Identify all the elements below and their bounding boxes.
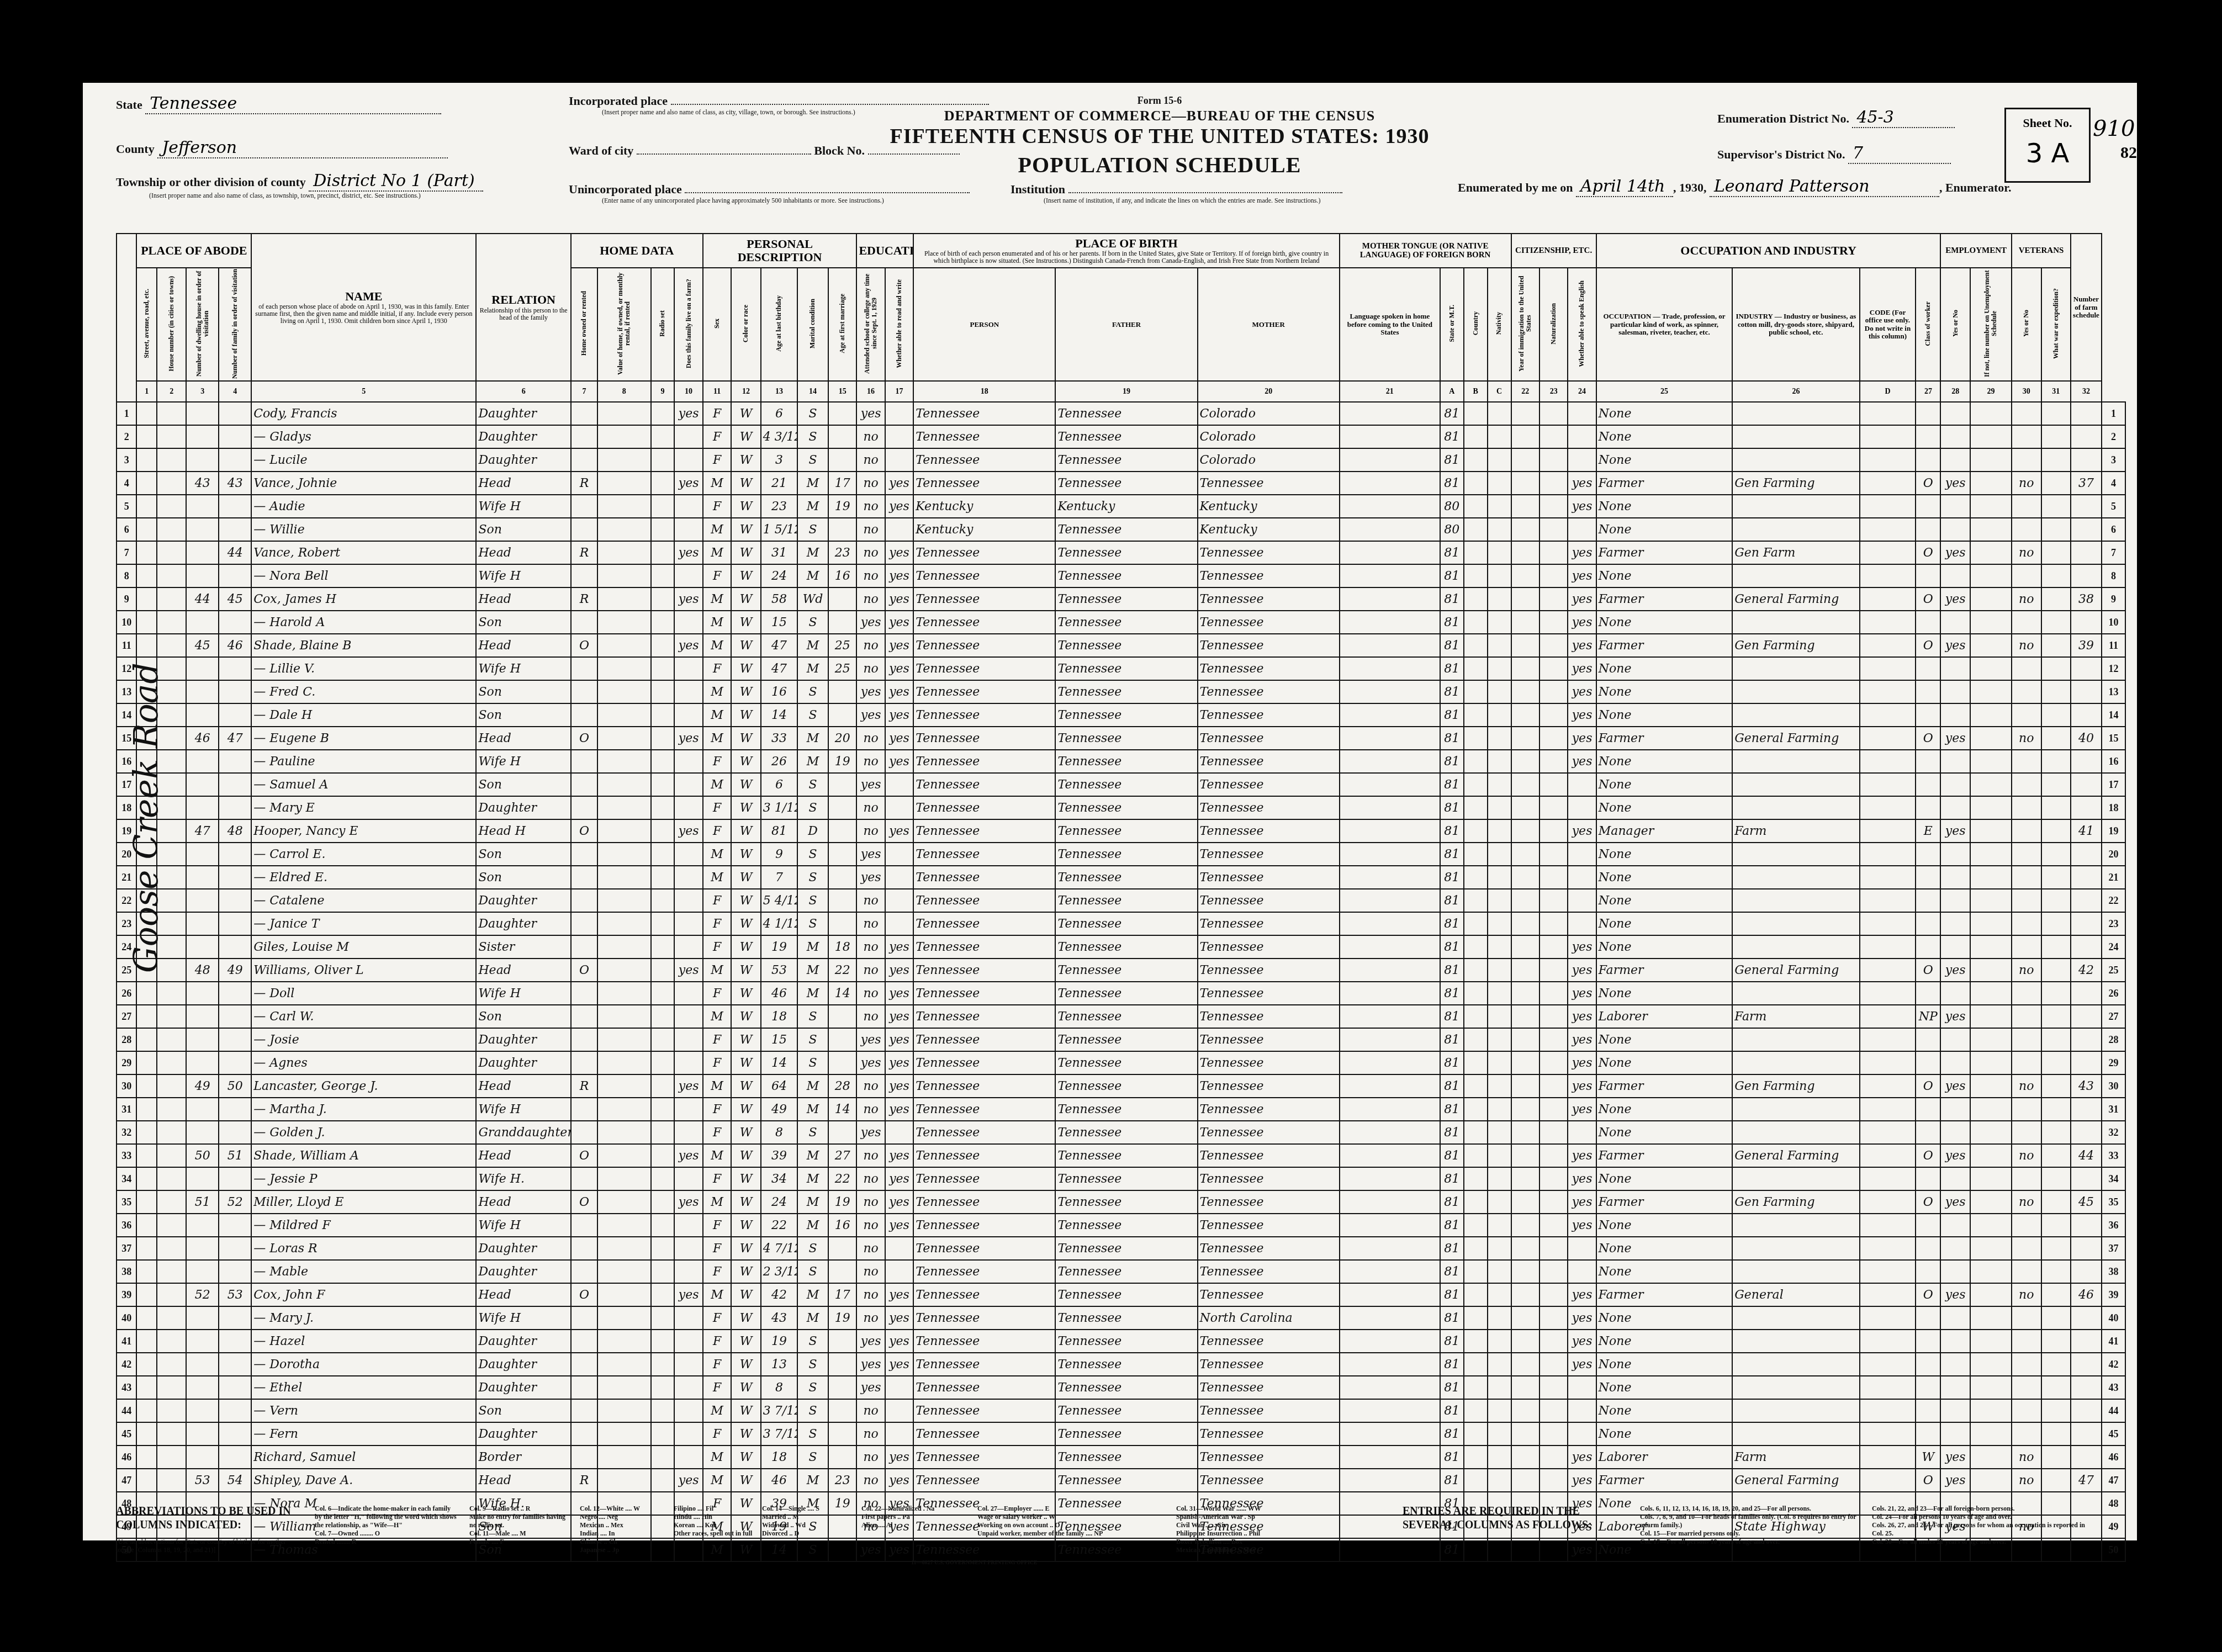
cell-empty [1860,773,1916,796]
cell-empty [1539,1422,1568,1445]
cell-read [885,1422,913,1445]
column-number: 4 [219,381,251,402]
cell-school: yes [856,703,885,727]
cell-empty [1340,1237,1440,1260]
cell-occ: None [1596,1051,1732,1074]
cell-line: 49 [2102,1515,2125,1538]
cell-empty [157,657,187,680]
cell-home: O [571,819,597,843]
cell-empty [597,587,650,611]
cell-mbp: Tennessee [1198,1121,1340,1144]
cell-empty [1970,495,2012,518]
cell-fam: 43 [219,472,251,495]
cell-sex: F [703,1422,731,1445]
cell-fs: 43 [2071,1074,2102,1098]
cell-dw: 48 [186,959,219,982]
cell-dw [186,448,219,472]
cell-line: 13 [2102,680,2125,703]
cell-dw [186,935,219,959]
cell-empty [597,727,650,750]
cell-empty [1970,982,2012,1005]
cell-empty [1511,1376,1539,1399]
cell-name: Cox, James H [251,587,476,611]
cell-empty [157,425,187,448]
cell-fm: 19 [828,750,856,773]
cell-farm [674,935,702,959]
column-number: B [1464,381,1488,402]
cell-farm [674,1005,702,1028]
cell-empty [1860,518,1916,541]
cell-sex: F [703,889,731,912]
cell-empty [1970,866,2012,889]
cell-empty [1340,1330,1440,1353]
cell-school: yes [856,1028,885,1051]
cell-race: W [731,518,761,541]
subheader-col: Attended school or college any time sinc… [856,268,885,381]
cell-mar: M [797,1306,828,1330]
subheader-col: Value of home, if owned, or monthly rent… [597,268,650,381]
cell-home [571,564,597,587]
cell-empty [2041,727,2071,750]
cell-fm [828,703,856,727]
cell-race: W [731,1214,761,1237]
cell-work: yes [1940,1074,1970,1098]
cell-empty [1464,472,1488,495]
cell-empty [157,1353,187,1376]
cell-age: 3 7/12 [761,1399,797,1422]
cell-work [1940,1422,1970,1445]
cell-occ: None [1596,982,1732,1005]
cell-occ: None [1596,680,1732,703]
cell-fs [2071,657,2102,680]
cell-read [885,843,913,866]
column-number: 1 [136,381,156,402]
cell-code: 81 [1440,611,1464,634]
cell-eng [1568,448,1596,472]
cell-empty [651,843,675,866]
cell-empty [1464,1376,1488,1399]
cell-fs [2071,1260,2102,1283]
cell-empty [651,657,675,680]
cell-work [1940,1051,1970,1074]
cell-name: Cody, Francis [251,402,476,425]
line-number: 37 [117,1237,136,1260]
cell-eng: yes [1568,727,1596,750]
cell-ind [1732,982,1859,1005]
cell-empty [1488,866,1511,889]
cell-school: no [856,935,885,959]
subheader-col: Home owned or rented [571,268,597,381]
cell-school: yes [856,680,885,703]
cell-farm [674,1399,702,1422]
cell-empty [157,587,187,611]
cell-bp: Tennessee [913,982,1055,1005]
cell-empty [1860,611,1916,634]
cell-code: 81 [1440,1098,1464,1121]
cell-work: yes [1940,634,1970,657]
table-row: 46Richard, SamuelBorderMW18SnoyesTenness… [117,1445,2125,1469]
cell-empty [651,982,675,1005]
cell-fam [219,1422,251,1445]
cell-ind [1732,402,1859,425]
cell-empty [1464,425,1488,448]
cell-age: 22 [761,1214,797,1237]
cell-age: 9 [761,843,797,866]
cell-work [1940,982,1970,1005]
cell-school: no [856,1214,885,1237]
cell-race: W [731,1237,761,1260]
cell-fam [219,425,251,448]
cell-cls [1916,680,1940,703]
cell-home [571,703,597,727]
cell-eng: yes [1568,1445,1596,1469]
cell-ind [1732,564,1859,587]
cell-dw [186,1353,219,1376]
cell-work [1940,703,1970,727]
cell-farm [674,611,702,634]
cell-race: W [731,912,761,935]
cell-empty [157,1121,187,1144]
cell-ind [1732,1330,1859,1353]
cell-line: 45 [2102,1422,2125,1445]
column-number: D [1860,381,1916,402]
cell-eng: yes [1568,611,1596,634]
cell-race: W [731,1260,761,1283]
cell-empty [136,472,156,495]
cell-empty [1488,1144,1511,1167]
cell-read: yes [885,541,913,564]
subheader-col: Does this family live on a farm? [674,268,702,381]
cell-sex: M [703,773,731,796]
cell-empty [1511,889,1539,912]
cell-code: 80 [1440,495,1464,518]
cell-empty [1539,1028,1568,1051]
cell-work [1940,495,1970,518]
cell-empty [1539,750,1568,773]
cell-fm [828,1376,856,1399]
cell-empty [136,866,156,889]
cell-age: 24 [761,1190,797,1214]
cell-mbp: Tennessee [1198,587,1340,611]
cell-age: 26 [761,750,797,773]
cell-eng [1568,1237,1596,1260]
cell-rel: Head [476,541,570,564]
subheader-col: Street, avenue, road, etc. [136,268,156,381]
cell-mbp: Tennessee [1198,1214,1340,1237]
column-number: 5 [251,381,476,402]
handwritten-stamp: 910 [2093,116,2135,141]
cell-work: yes [1940,1190,1970,1214]
cell-mbp: Tennessee [1198,843,1340,866]
cell-empty [651,889,675,912]
cell-home [571,1028,597,1051]
cell-dw [186,889,219,912]
cell-bp: Tennessee [913,402,1055,425]
cell-empty [1970,750,2012,773]
cell-fm: 19 [828,1190,856,1214]
cell-eng: yes [1568,472,1596,495]
cell-fbp: Tennessee [1055,634,1197,657]
cell-vet [2012,680,2041,703]
cell-school: no [856,1260,885,1283]
cell-school: no [856,1005,885,1028]
cell-empty [157,912,187,935]
cell-work: yes [1940,1283,1970,1306]
cell-name: — Carl W. [251,1005,476,1028]
cell-empty [136,541,156,564]
cell-farm: yes [674,587,702,611]
cell-fs [2071,680,2102,703]
cell-empty [2041,1469,2071,1492]
cell-school: no [856,750,885,773]
cell-fam [219,518,251,541]
cell-empty [1488,1028,1511,1051]
cell-empty [1970,1330,2012,1353]
line-number: 31 [117,1098,136,1121]
cell-bp: Tennessee [913,703,1055,727]
cell-fam [219,1167,251,1190]
cell-dw [186,680,219,703]
cell-fam [219,773,251,796]
cell-empty [2041,1098,2071,1121]
cell-fbp: Tennessee [1055,1167,1197,1190]
cell-eng [1568,843,1596,866]
line-number: 30 [117,1074,136,1098]
cell-fm: 28 [828,1074,856,1098]
cell-occ: None [1596,564,1732,587]
line-number: 18 [117,796,136,819]
cell-empty [1340,1051,1440,1074]
cell-ind [1732,518,1859,541]
cell-empty [1539,518,1568,541]
cell-empty [136,750,156,773]
cell-sex: M [703,1190,731,1214]
cell-empty [1340,541,1440,564]
cell-read: yes [885,982,913,1005]
cell-sex: F [703,1237,731,1260]
table-row: 744Vance, RobertHeadRyesMW31M23noyesTenn… [117,541,2125,564]
cell-age: 53 [761,959,797,982]
cell-fbp: Tennessee [1055,1074,1197,1098]
cell-name: — Mary E [251,796,476,819]
cell-read: yes [885,634,913,657]
cell-age: 47 [761,634,797,657]
cell-empty [1511,472,1539,495]
cell-ind: Farm [1732,819,1859,843]
cell-empty [2041,912,2071,935]
cell-race: W [731,472,761,495]
cell-vet [2012,912,2041,935]
cell-vet [2012,796,2041,819]
cell-home [571,425,597,448]
cell-read [885,448,913,472]
cell-sex: F [703,1353,731,1376]
cell-rel: Son [476,1399,570,1422]
cell-empty [1511,1028,1539,1051]
cell-empty [1970,727,2012,750]
cell-fs [2071,703,2102,727]
cell-ind: Gen Farm [1732,541,1859,564]
cell-name: — Ethel [251,1376,476,1399]
cell-bp: Tennessee [913,1353,1055,1376]
cell-empty [1970,773,2012,796]
cell-bp: Tennessee [913,1445,1055,1469]
cell-occ: Farmer [1596,1190,1732,1214]
cell-sex: M [703,472,731,495]
column-number: 31 [2041,381,2071,402]
cell-ind [1732,1028,1859,1051]
cell-cls: O [1916,1144,1940,1167]
column-number: 26 [1732,381,1859,402]
cell-empty [1464,1214,1488,1237]
cell-work [1940,1306,1970,1330]
cell-empty [136,495,156,518]
cell-empty [1539,541,1568,564]
cell-sex: F [703,796,731,819]
cell-empty [1511,402,1539,425]
cell-fm [828,1353,856,1376]
cell-mar: S [797,1028,828,1051]
cell-fam [219,935,251,959]
cell-dw [186,703,219,727]
cell-empty [1488,773,1511,796]
cell-dw [186,564,219,587]
cell-mbp: Tennessee [1198,1260,1340,1283]
cell-farm [674,889,702,912]
cell-bp: Tennessee [913,1121,1055,1144]
cell-age: 81 [761,819,797,843]
cell-fs [2071,889,2102,912]
cell-empty [597,1399,650,1422]
cell-empty [2041,1144,2071,1167]
cell-sex: F [703,425,731,448]
cell-empty [1464,1074,1488,1098]
cell-empty [2041,889,2071,912]
cell-occ: Farmer [1596,634,1732,657]
cell-fs [2071,796,2102,819]
cell-empty [1340,959,1440,982]
cell-race: W [731,611,761,634]
cell-code: 81 [1440,1306,1464,1330]
cell-bp: Tennessee [913,657,1055,680]
cell-mar: M [797,982,828,1005]
cell-fam [219,1098,251,1121]
cell-race: W [731,1074,761,1098]
cell-empty [1488,1469,1511,1492]
cell-fam [219,611,251,634]
cell-age: 3 [761,448,797,472]
cell-empty [1340,680,1440,703]
cell-eng: yes [1568,634,1596,657]
cell-eng: yes [1568,1469,1596,1492]
cell-empty [2041,1445,2071,1469]
cell-empty [1464,982,1488,1005]
table-row: 355152Miller, Lloyd EHeadOyesMW24M19noye… [117,1190,2125,1214]
cell-bp: Tennessee [913,727,1055,750]
cell-fs [2071,866,2102,889]
cell-name: Shipley, Dave A. [251,1469,476,1492]
cell-cls [1916,1121,1940,1144]
cell-cls [1916,1422,1940,1445]
cell-school: no [856,1190,885,1214]
cell-code: 81 [1440,773,1464,796]
cell-cls: O [1916,634,1940,657]
cell-code: 81 [1440,1190,1464,1214]
cell-empty [157,564,187,587]
cell-ind: General [1732,1283,1859,1306]
cell-age: 18 [761,1005,797,1028]
cell-empty [597,982,650,1005]
table-row: 36— Mildred FWife HFW22M16noyesTennessee… [117,1214,2125,1237]
cell-occ: Laborer [1596,1005,1732,1028]
cell-empty [651,1399,675,1422]
cell-empty [1464,1051,1488,1074]
cell-fam [219,1214,251,1237]
cell-line: 12 [2102,657,2125,680]
cell-empty [1860,866,1916,889]
cell-empty [1539,703,1568,727]
sheet-number: 3 A [2006,138,2089,169]
cell-empty [1464,1260,1488,1283]
cell-school: no [856,634,885,657]
cell-age: 16 [761,680,797,703]
cell-empty [1340,773,1440,796]
cell-empty [1340,1005,1440,1028]
cell-empty [1860,1167,1916,1190]
cell-empty [651,1028,675,1051]
cell-empty [1488,1306,1511,1330]
cell-farm: yes [674,1074,702,1098]
cell-empty [1860,889,1916,912]
cell-fm: 23 [828,541,856,564]
cell-empty [651,402,675,425]
cell-fbp: Tennessee [1055,750,1197,773]
table-row: 38— MableDaughterFW2 3/12SnoTennesseeTen… [117,1260,2125,1283]
cell-empty [1464,1538,1488,1561]
cell-empty [1860,912,1916,935]
cell-eng [1568,1260,1596,1283]
line-number: 44 [117,1399,136,1422]
cell-empty [1511,1121,1539,1144]
cell-mbp: Tennessee [1198,564,1340,587]
cell-fm [828,680,856,703]
cell-age: 3 7/12 [761,1422,797,1445]
cell-empty [1539,1376,1568,1399]
cell-home: R [571,1469,597,1492]
cell-cls: O [1916,472,1940,495]
cell-fm: 22 [828,1167,856,1190]
table-row: 26— DollWife HFW46M14noyesTennesseeTenne… [117,982,2125,1005]
cell-empty [1511,912,1539,935]
cell-empty [1340,819,1440,843]
cell-cls [1916,982,1940,1005]
cell-empty [136,1306,156,1330]
cell-empty [1488,564,1511,587]
cell-code: 81 [1440,1028,1464,1051]
line-number: 39 [117,1283,136,1306]
cell-mbp: Tennessee [1198,1376,1340,1399]
cell-bp: Tennessee [913,1538,1055,1561]
line-number: 4 [117,472,136,495]
line-number: 22 [117,889,136,912]
cell-line: 8 [2102,564,2125,587]
cell-empty [1511,1422,1539,1445]
cell-line: 28 [2102,1028,2125,1051]
cell-name: Shade, Blaine B [251,634,476,657]
cell-school: no [856,587,885,611]
cell-empty [1464,727,1488,750]
cell-empty [136,680,156,703]
